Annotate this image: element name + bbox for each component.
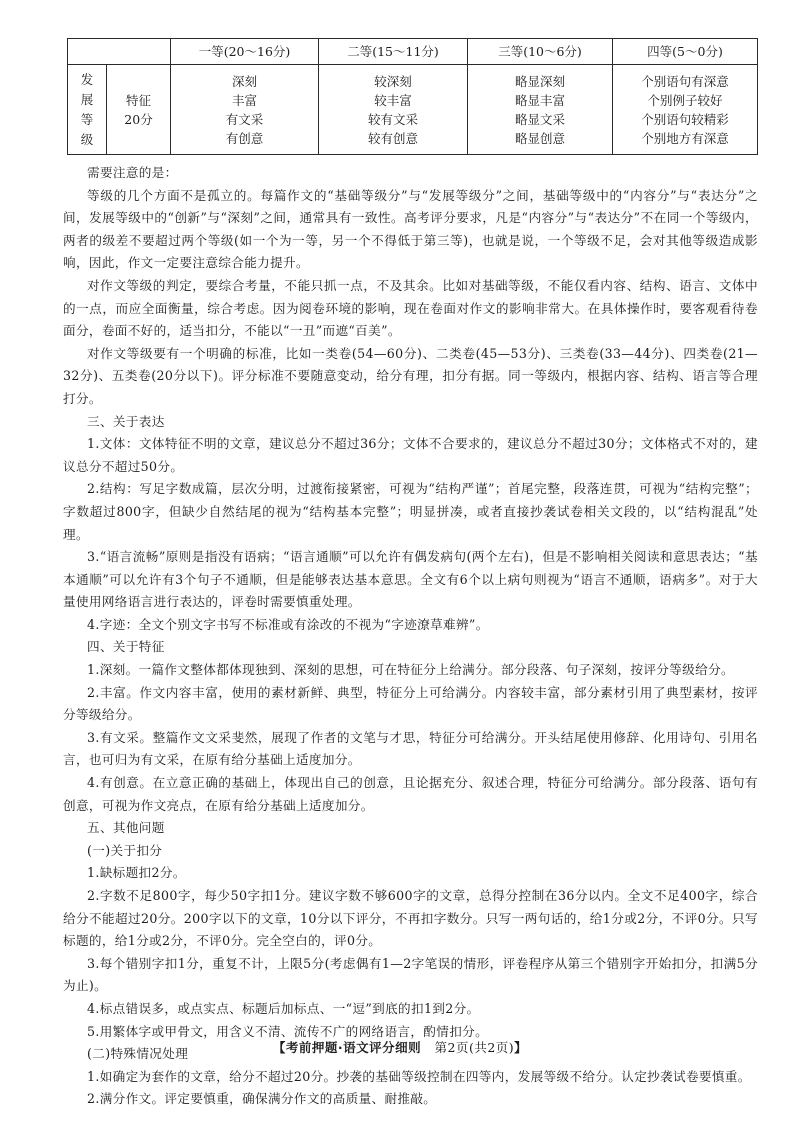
section-heading-features: 四、关于特征 bbox=[63, 636, 758, 659]
cell-line: 丰富 bbox=[232, 91, 257, 110]
table-header-grade-1: 一等(20～16分) bbox=[171, 39, 319, 65]
table-cell-grade-4: 个别语句有深意 个别例子较好 个别语句较精彩 个别地方有深意 bbox=[613, 65, 758, 155]
cell-line: 略显创意 bbox=[515, 129, 565, 148]
cell-line: 较深刻 bbox=[374, 72, 412, 91]
row-group-char: 发 bbox=[81, 70, 94, 90]
paragraph: 3.“语言流畅”原则是指没有语病；“语言通顺”可以允许有偶发病句(两个左右)，但… bbox=[63, 546, 758, 614]
paragraph: 对作文等级要有一个明确的标准，比如一类卷(54—60分)、二类卷(45—53分)… bbox=[63, 343, 758, 411]
cell-line: 个别地方有深意 bbox=[641, 129, 729, 148]
cell-line: 深刻 bbox=[232, 72, 257, 91]
cell-line: 有文采 bbox=[226, 110, 264, 129]
document-page: 一等(20～16分) 二等(15～11分) 三等(10～6分) 四等(5～0分)… bbox=[0, 0, 800, 1132]
table-row: 发 展 等 级 特征 20分 深刻 丰富 有文采 有创意 bbox=[68, 65, 758, 155]
paragraph: 2.结构：写足字数成篇，层次分明，过渡衔接紧密，可视为“结构严谨”；首尾完整，段… bbox=[63, 478, 758, 546]
section-heading-expression: 三、关于表达 bbox=[63, 411, 758, 434]
row-label-score: 20分 bbox=[124, 110, 152, 129]
paragraph: 1.缺标题扣2分。 bbox=[63, 862, 758, 885]
paragraph: 4.有创意。在立意正确的基础上，体现出自己的创意，且论据充分、叙述合理，特征分可… bbox=[63, 772, 758, 817]
paragraph: 1.文体：文体特征不明的文章，建议总分不超过36分；文体不合要求的，建议总分不超… bbox=[63, 433, 758, 478]
row-group-char: 展 bbox=[81, 90, 94, 110]
row-group-char: 级 bbox=[81, 130, 94, 150]
grading-table: 一等(20～16分) 二等(15～11分) 三等(10～6分) 四等(5～0分)… bbox=[67, 38, 758, 155]
table-header-grade-2: 二等(15～11分) bbox=[319, 39, 468, 65]
cell-line: 个别语句有深意 bbox=[641, 72, 729, 91]
row-group-label: 发 展 等 级 bbox=[68, 65, 107, 155]
paragraph: 3.每个错别字扣1分，重复不计，上限5分(考虑偶有1—2字笔误的情形，评卷程序从… bbox=[63, 953, 758, 998]
table-cell-grade-1: 深刻 丰富 有文采 有创意 bbox=[171, 65, 319, 155]
paragraph: 等级的几个方面不是孤立的。每篇作文的“基础等级分”与“发展等级分”之间，基础等级… bbox=[63, 185, 758, 275]
subsection-heading-deductions: (一)关于扣分 bbox=[63, 840, 758, 863]
cell-line: 略显丰富 bbox=[515, 91, 565, 110]
cell-line: 略显文采 bbox=[515, 110, 565, 129]
table-header-grade-3: 三等(10～6分) bbox=[468, 39, 613, 65]
paragraph: 2.字数不足800字，每少50字扣1分。建议字数不够600字的文章，总得分控制在… bbox=[63, 885, 758, 953]
table-header-blank bbox=[68, 39, 171, 65]
page-footer: 【考前押题·语文评分细则 第2页(共2页)】 bbox=[0, 1038, 800, 1056]
note-heading: 需要注意的是： bbox=[63, 162, 758, 185]
footer-bracket-close: 】 bbox=[514, 1040, 527, 1055]
footer-bracket-open: 【 bbox=[273, 1040, 286, 1055]
footer-title: 考前押题·语文评分细则 bbox=[286, 1040, 421, 1055]
cell-line: 较有创意 bbox=[368, 129, 418, 148]
table-cell-grade-3: 略显深刻 略显丰富 略显文采 略显创意 bbox=[468, 65, 613, 155]
row-group-char: 等 bbox=[81, 110, 94, 130]
table-cell-grade-2: 较深刻 较丰富 较有文采 较有创意 bbox=[319, 65, 468, 155]
cell-line: 个别例子较好 bbox=[647, 91, 722, 110]
footer-page-number: 第2页(共2页) bbox=[435, 1040, 515, 1055]
paragraph: 4.标点错误多，或点实点、标题后加标点、一“逗”到底的扣1到2分。 bbox=[63, 998, 758, 1021]
section-heading-other: 五、其他问题 bbox=[63, 817, 758, 840]
cell-line: 较丰富 bbox=[374, 91, 412, 110]
table-header-grade-4: 四等(5～0分) bbox=[613, 39, 758, 65]
row-label-text: 特征 bbox=[126, 91, 151, 110]
row-label: 特征 20分 bbox=[107, 65, 171, 155]
cell-line: 个别语句较精彩 bbox=[641, 110, 729, 129]
paragraph: 3.有文采。整篇作文文采斐然，展现了作者的文笔与才思，特征分可给满分。开头结尾使… bbox=[63, 727, 758, 772]
paragraph: 1.深刻。一篇作文整体都体现独到、深刻的思想，可在特征分上给满分。部分段落、句子… bbox=[63, 659, 758, 682]
body-text: 需要注意的是： 等级的几个方面不是孤立的。每篇作文的“基础等级分”与“发展等级分… bbox=[63, 162, 758, 1111]
table-header-row: 一等(20～16分) 二等(15～11分) 三等(10～6分) 四等(5～0分) bbox=[68, 39, 758, 65]
paragraph: 4.字迹：全文个别文字书写不标准或有涂改的不视为“字迹潦草难辨”。 bbox=[63, 614, 758, 637]
paragraph: 2.满分作文。评定要慎重，确保满分作文的高质量、耐推敲。 bbox=[63, 1088, 758, 1111]
cell-line: 较有文采 bbox=[368, 110, 418, 129]
paragraph: 2.丰富。作文内容丰富，使用的素材新鲜、典型，特征分上可给满分。内容较丰富，部分… bbox=[63, 682, 758, 727]
paragraph: 对作文等级的判定，要综合考量，不能只抓一点，不及其余。比如对基础等级，不能仅看内… bbox=[63, 275, 758, 343]
cell-line: 略显深刻 bbox=[515, 72, 565, 91]
paragraph: 1.如确定为套作的文章，给分不超过20分。抄袭的基础等级控制在四等内，发展等级不… bbox=[63, 1066, 758, 1089]
cell-line: 有创意 bbox=[226, 129, 264, 148]
